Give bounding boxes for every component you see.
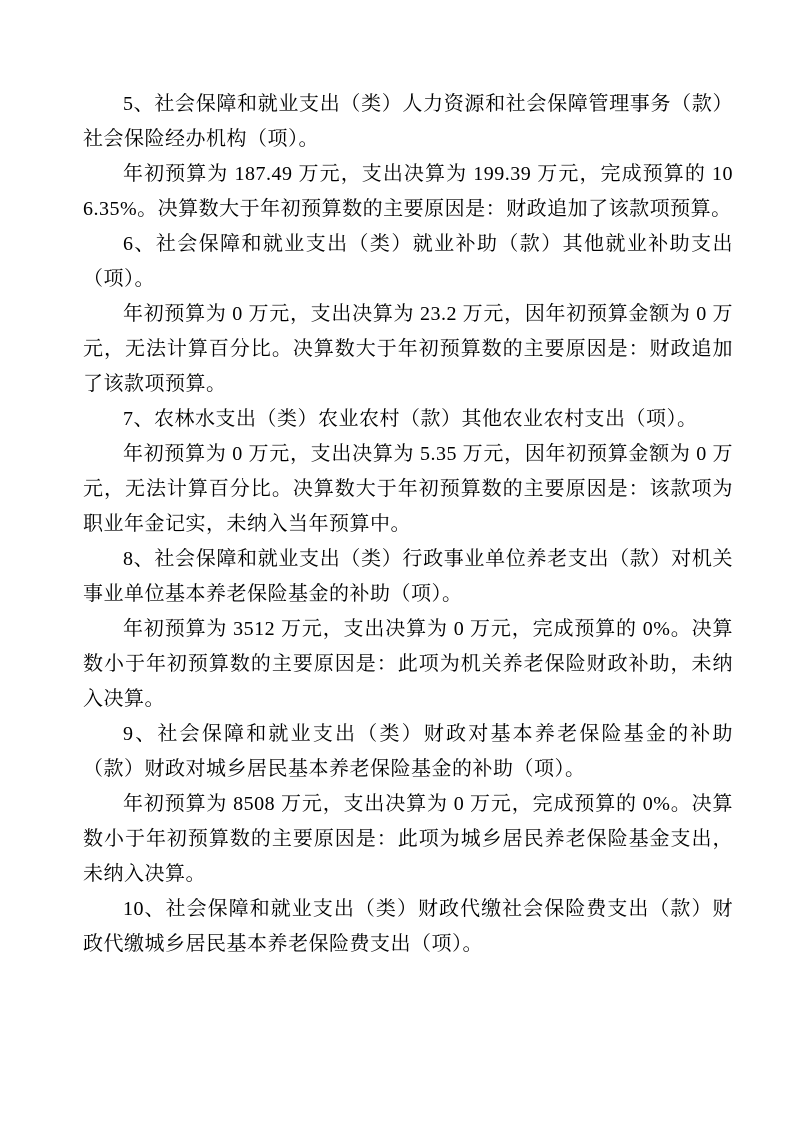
item-5-detail: 年初预算为 187.49 万元，支出决算为 199.39 万元，完成预算的 10… xyxy=(83,157,733,227)
item-8-detail: 年初预算为 3512 万元，支出决算为 0 万元，完成预算的 0%。决算数小于年… xyxy=(83,612,733,717)
item-7-detail: 年初预算为 0 万元，支出决算为 5.35 万元，因年初预算金额为 0 万元，无… xyxy=(83,437,733,542)
item-8-heading: 8、社会保障和就业支出（类）行政事业单位养老支出（款）对机关事业单位基本养老保险… xyxy=(83,542,733,612)
item-6-detail: 年初预算为 0 万元，支出决算为 23.2 万元，因年初预算金额为 0 万元，无… xyxy=(83,297,733,402)
item-6-heading: 6、社会保障和就业支出（类）就业补助（款）其他就业补助支出（项）。 xyxy=(83,227,733,297)
item-7-heading: 7、农林水支出（类）农业农村（款）其他农业农村支出（项）。 xyxy=(83,402,733,437)
item-9-heading: 9、社会保障和就业支出（类）财政对基本养老保险基金的补助（款）财政对城乡居民基本… xyxy=(83,717,733,787)
item-10-heading: 10、社会保障和就业支出（类）财政代缴社会保险费支出（款）财政代缴城乡居民基本养… xyxy=(83,892,733,962)
item-5-heading: 5、社会保障和就业支出（类）人力资源和社会保障管理事务（款）社会保险经办机构（项… xyxy=(83,87,733,157)
document-page: 5、社会保障和就业支出（类）人力资源和社会保障管理事务（款）社会保险经办机构（项… xyxy=(0,0,793,1122)
item-9-detail: 年初预算为 8508 万元，支出决算为 0 万元，完成预算的 0%。决算数小于年… xyxy=(83,787,733,892)
document-text-block: 5、社会保障和就业支出（类）人力资源和社会保障管理事务（款）社会保险经办机构（项… xyxy=(83,87,733,962)
